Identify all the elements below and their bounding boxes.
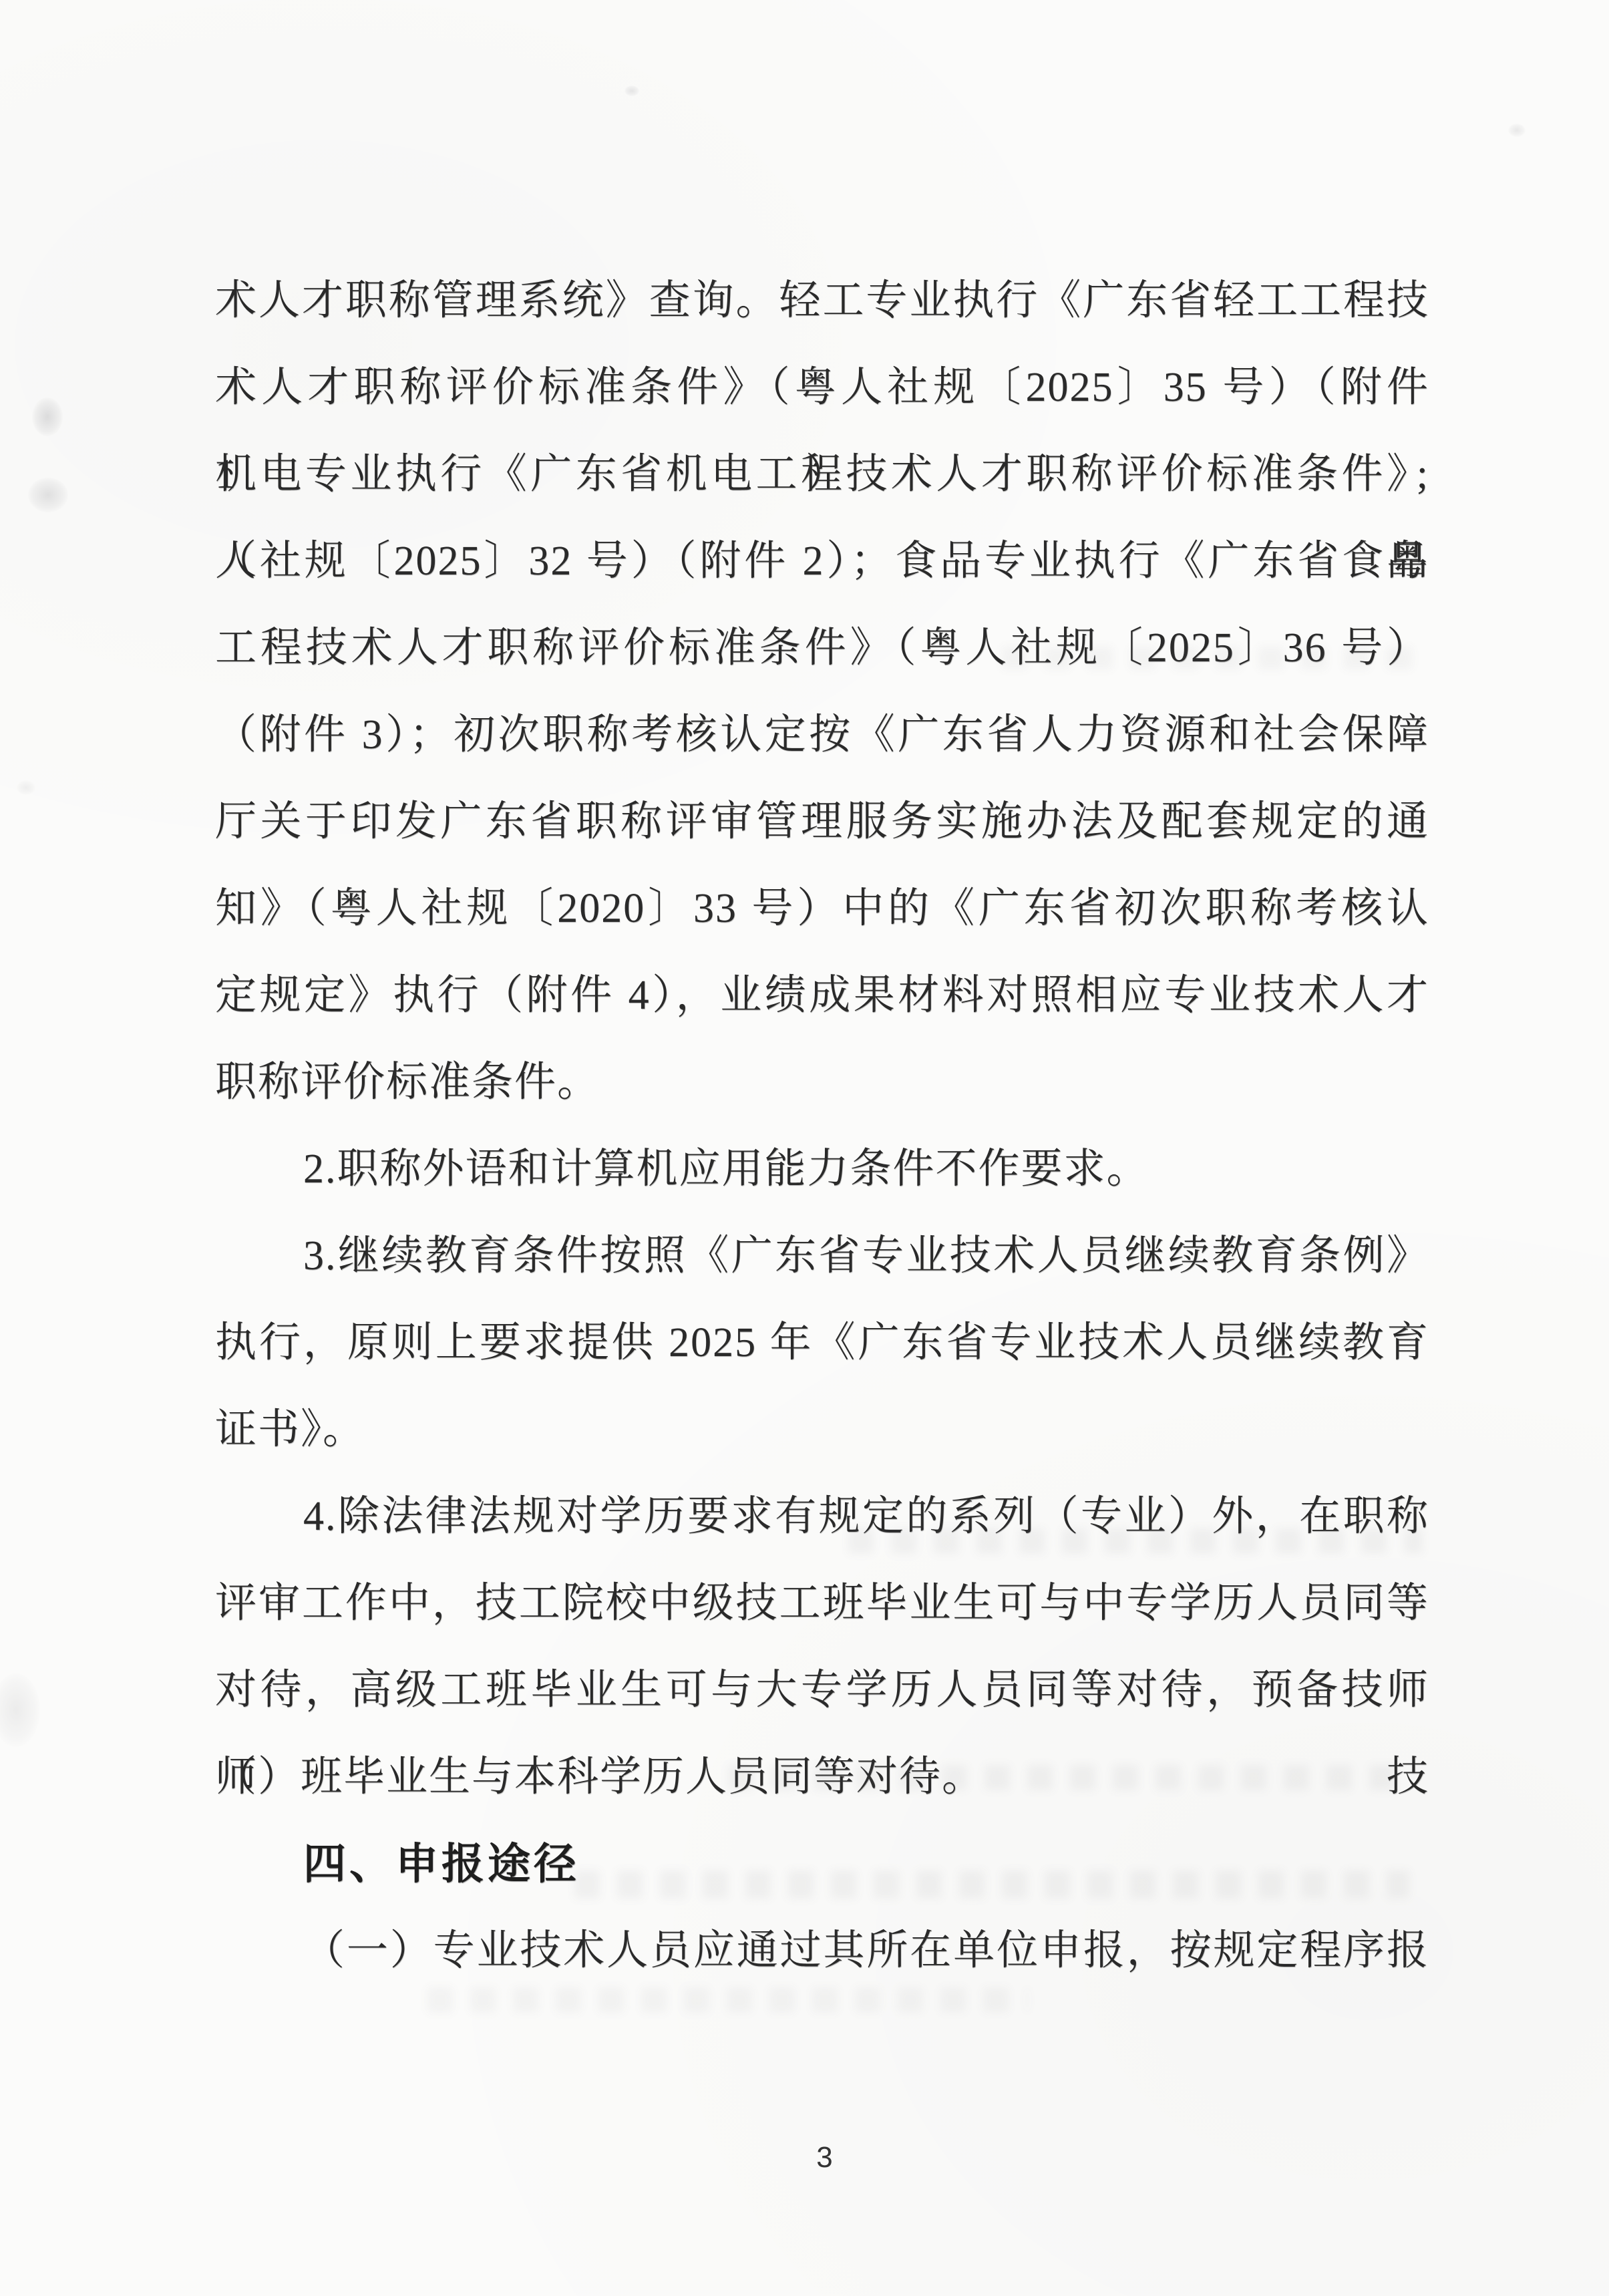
text-line: 知》（粤人社规〔2020〕33 号）中的《广东省初次职称考核认 [215, 865, 1429, 952]
text-line: 定规定》执行（附件 4），业绩成果材料对照相应专业技术人才 [215, 952, 1429, 1039]
scan-smudge [1508, 124, 1526, 137]
text-line: 2.职称外语和计算机应用能力条件不作要求。 [215, 1126, 1429, 1212]
text-line: （一）专业技术人员应通过其所在单位申报，按规定程序报 [215, 1907, 1429, 1994]
scan-smudge [28, 478, 68, 512]
text-line: 3.继续教育条件按照《广东省专业技术人员继续教育条例》 [215, 1212, 1429, 1299]
scan-smudge [0, 1673, 40, 1747]
document-body: 术人才职称管理系统》查询。轻工专业执行《广东省轻工工程技 术人才职称评价标准条件… [215, 257, 1429, 1994]
text-line: 机电专业执行《广东省机电工程技术人才职称评价标准条件》（粤 [215, 431, 1429, 518]
text-line: 执行，原则上要求提供 2025 年《广东省专业技术人员继续教育 [215, 1299, 1429, 1386]
text-line: 证书》。 [215, 1386, 1429, 1473]
text-line: 术人才职称管理系统》查询。轻工专业执行《广东省轻工工程技 [215, 257, 1429, 344]
text-line: 职称评价标准条件。 [215, 1039, 1429, 1126]
text-line: 人社规〔2025〕32 号）（附件 2）；食品专业执行《广东省食品 [215, 518, 1429, 605]
scan-smudge [17, 780, 35, 795]
text-line: 对待，高级工班毕业生可与大专学历人员同等对待，预备技师（技 [215, 1647, 1429, 1734]
text-line: 评审工作中，技工院校中级技工班毕业生可与中专学历人员同等 [215, 1560, 1429, 1647]
scanned-document-page: 术人才职称管理系统》查询。轻工专业执行《广东省轻工工程技 术人才职称评价标准条件… [0, 0, 1609, 2296]
text-line: 厅关于印发广东省职称评审管理服务实施办法及配套规定的通 [215, 778, 1429, 865]
page-number: 3 [0, 2141, 1609, 2174]
section-heading: 四、申报途径 [215, 1820, 1429, 1907]
text-line: 4.除法律法规对学历要求有规定的系列（专业）外，在职称 [215, 1473, 1429, 1560]
text-line: 术人才职称评价标准条件》（粤人社规〔2025〕35 号）（附件 1）; [215, 344, 1429, 431]
scan-smudge [624, 86, 639, 96]
text-line: 工程技术人才职称评价标准条件》（粤人社规〔2025〕36 号） [215, 605, 1429, 691]
scan-smudge [32, 397, 63, 436]
text-line: （附件 3）；初次职称考核认定按《广东省人力资源和社会保障 [215, 691, 1429, 778]
